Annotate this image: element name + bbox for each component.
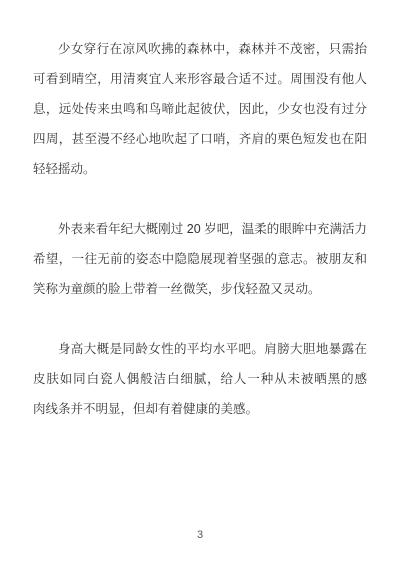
- text-line: 希望，一往无前的姿态中隐隐展现着坚强的意志。被朋友和熟人: [33, 244, 367, 274]
- document-page: 少女穿行在凉风吹拂的森林中，森林并不茂密，只需抬头便 可看到晴空，用清爽宜人来形…: [0, 0, 400, 567]
- text-line: 身高大概是同龄女性的平均水平吧。肩膀大胆地暴露在外，: [33, 334, 367, 364]
- text-line: 笑称为童颜的脸上带着一丝微笑，步伐轻盈又灵动。: [33, 274, 367, 304]
- paragraph-1: 少女穿行在凉风吹拂的森林中，森林并不茂密，只需抬头便 可看到晴空，用清爽宜人来形…: [33, 34, 367, 184]
- paragraph-2: 外表来看年纪大概刚过 20 岁吧，温柔的眼眸中充满活力与 希望，一往无前的姿态中…: [33, 214, 367, 304]
- text-line: 外表来看年纪大概刚过 20 岁吧，温柔的眼眸中充满活力与: [33, 214, 367, 244]
- page-number: 3: [0, 527, 400, 543]
- text-line: 少女穿行在凉风吹拂的森林中，森林并不茂密，只需抬头便: [33, 34, 367, 64]
- text-line: 肉线条并不明显，但却有着健康的美感。: [33, 394, 367, 424]
- text-line: 可看到晴空，用清爽宜人来形容最合适不过。周围没有他人的气: [33, 64, 367, 94]
- paragraph-3: 身高大概是同龄女性的平均水平吧。肩膀大胆地暴露在外， 皮肤如同白瓷人偶般洁白细腻…: [33, 334, 367, 424]
- text-line: 四周，甚至漫不经心地吹起了口哨，齐肩的栗色短发也在阳光下: [33, 124, 367, 154]
- text-line: 轻轻摇动。: [33, 154, 367, 184]
- text-line: 息，远处传来虫鸣和鸟啼此起彼伏，因此，少女也没有过分警戒: [33, 94, 367, 124]
- document-body: 少女穿行在凉风吹拂的森林中，森林并不茂密，只需抬头便 可看到晴空，用清爽宜人来形…: [33, 34, 367, 454]
- text-line: 皮肤如同白瓷人偶般洁白细腻，给人一种从未被晒黑的感觉。肌: [33, 364, 367, 394]
